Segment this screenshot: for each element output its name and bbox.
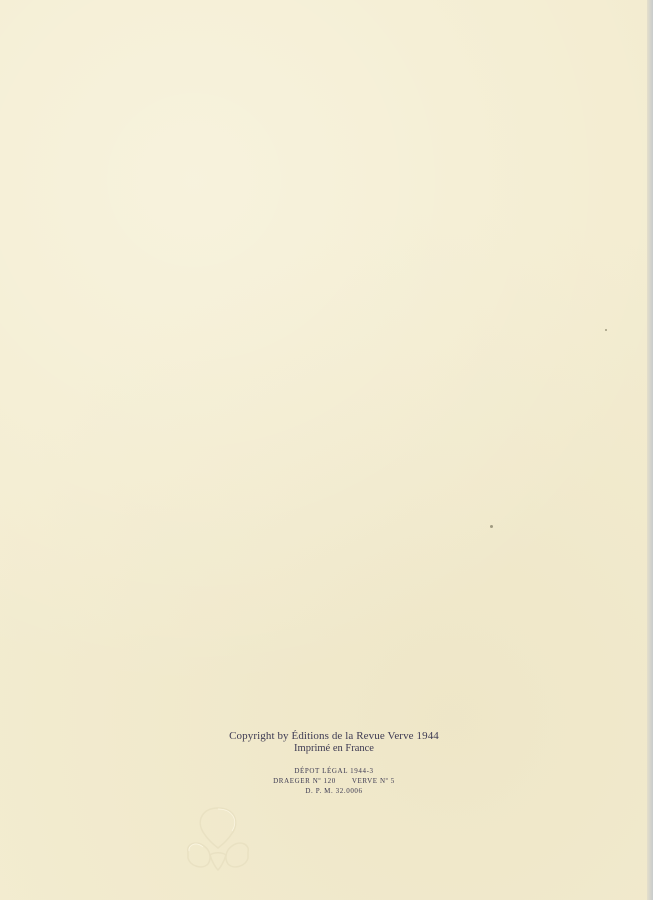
depot-legal-line: DÉPOT LÉGAL 1944-3 — [0, 767, 653, 775]
verve-number: VERVE Nº 5 — [352, 777, 395, 785]
copyright-line: Copyright by Éditions de la Revue Verve … — [0, 730, 653, 742]
paper-speck — [490, 525, 493, 528]
blind-stamp-icon — [178, 800, 258, 875]
scan-edge — [647, 0, 653, 900]
printed-in-line: Imprimé en France — [0, 743, 653, 754]
edition-numbers-line: DRAEGER Nº 120VERVE Nº 5 — [0, 777, 653, 785]
paper-page: Copyright by Éditions de la Revue Verve … — [0, 0, 647, 900]
draeger-number: DRAEGER Nº 120 — [273, 777, 336, 785]
paper-speck — [605, 329, 607, 331]
dpm-line: D. P. M. 32.0006 — [0, 787, 653, 795]
